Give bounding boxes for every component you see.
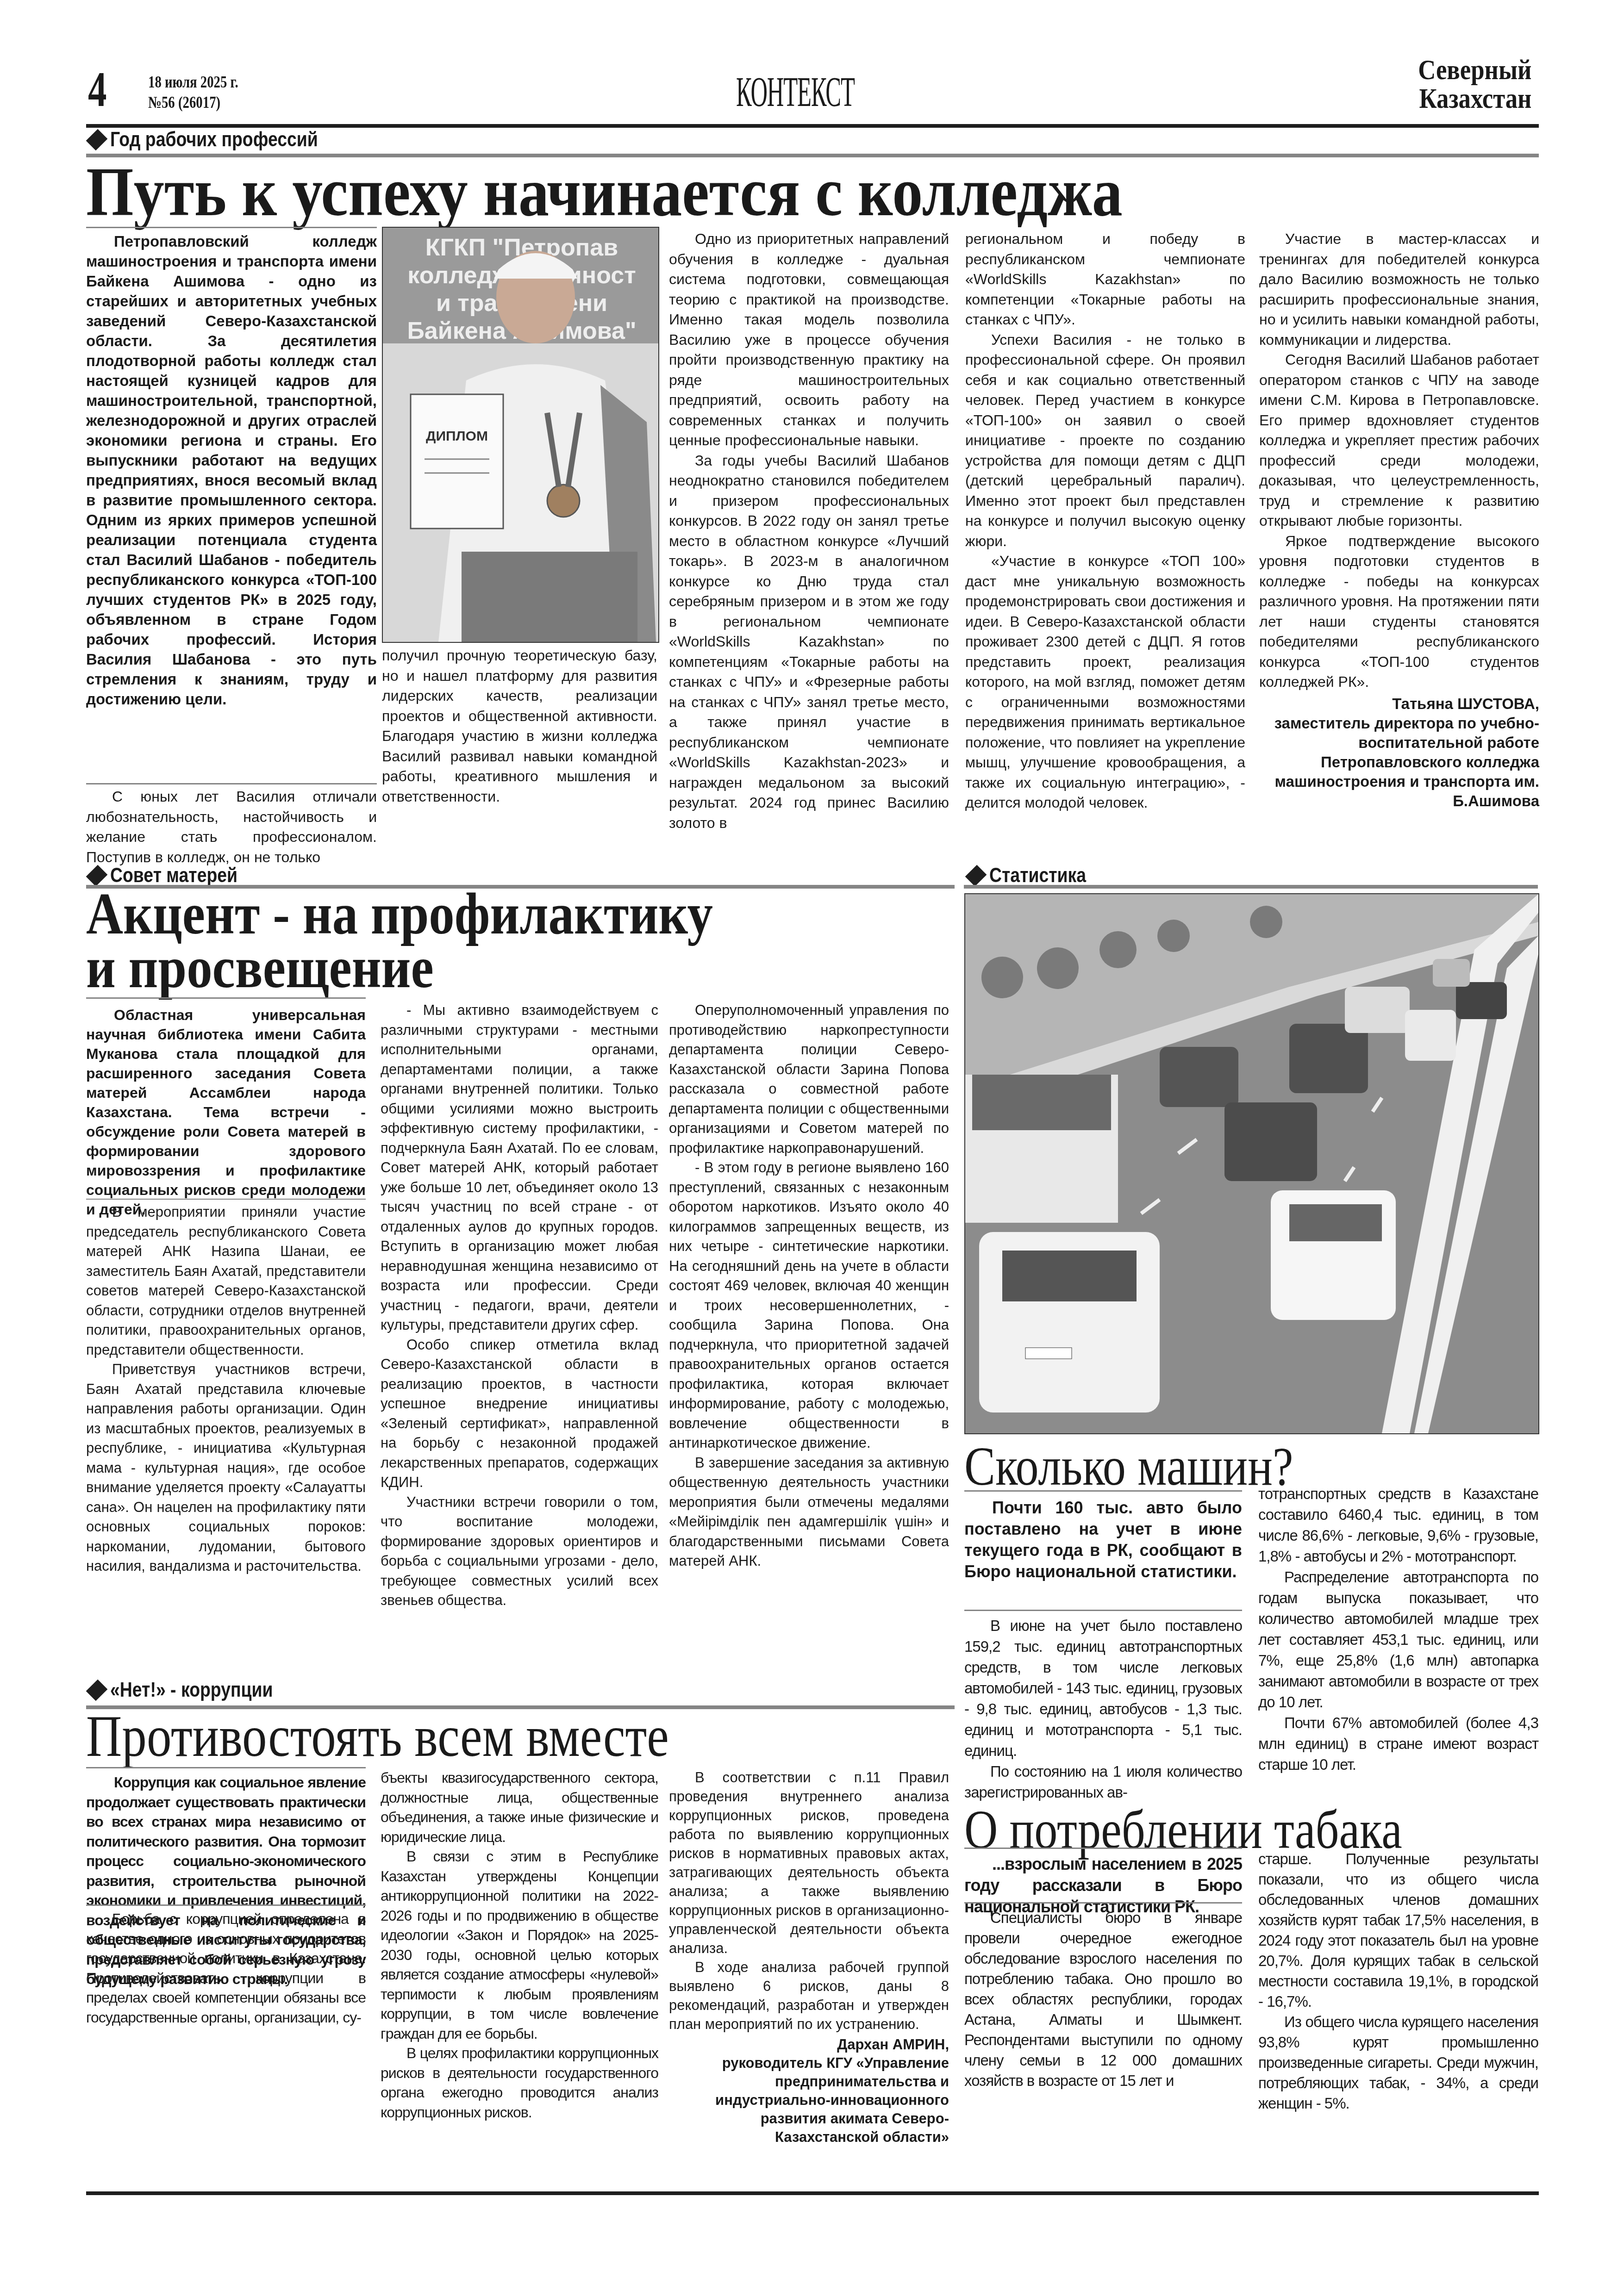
diamond-icon [965, 865, 987, 887]
author-signature: Татьяна ШУСТОВА, заместитель директора п… [1259, 694, 1539, 811]
article-headline: Противостоять всем вместе [86, 1708, 669, 1766]
author-signature: Дархан АМРИН, руководитель КГУ «Управлен… [669, 2035, 949, 2147]
article-column-4: региональном и победу в республиканском … [965, 229, 1245, 813]
author-name: Татьяна ШУСТОВА, [1259, 694, 1539, 714]
footer-rule [86, 2191, 1539, 2195]
lead-rule [86, 1767, 366, 1768]
article-column-1: В июне на учет было поставлено 159,2 тыс… [964, 1615, 1242, 1803]
rubric-working-professions: Год рабочих профессий [86, 130, 355, 150]
masthead-rule [86, 124, 1539, 128]
logo-line-2: Казахстан [1418, 84, 1531, 113]
lead-rule [964, 1902, 1242, 1904]
lead-rule [964, 1848, 1242, 1849]
lead-rule [86, 227, 377, 228]
diamond-icon [86, 1680, 108, 1701]
article-column-3: Оперуполномоченный управления по противо… [669, 1001, 949, 1571]
lead-rule [86, 1199, 366, 1200]
article-column-2: старше. Полученные результаты показали, … [1258, 1849, 1538, 2114]
rubric-statistics: Статистика [965, 865, 1103, 886]
article-column-2: - Мы активно взаимодействуем с различным… [381, 1001, 658, 1611]
student-with-diploma-image: КГКП "Петропав колледж машиност и транс … [383, 228, 658, 642]
author-title: заместитель директора по учебно-воспитат… [1259, 714, 1539, 811]
lead-rule [86, 997, 366, 999]
lead-rule [86, 783, 377, 784]
article-lead: Петропавловский колледж машиностроения и… [86, 231, 377, 709]
student-photo: КГКП "Петропав колледж машиност и транс … [382, 227, 659, 643]
rubric-anti-corruption: «Нет!» - коррупции [86, 1680, 302, 1700]
diamond-icon [86, 129, 108, 151]
page-number: 4 [88, 65, 107, 115]
cars-on-road-image [965, 894, 1538, 1433]
author-title: руководитель КГУ «Управление предпринима… [669, 2054, 949, 2147]
article-column-3: Одно из приоритетных направлений обучени… [669, 229, 949, 833]
traffic-photo [964, 893, 1539, 1434]
article-column-2: тотранспортных средств в Казахстане сост… [1258, 1483, 1538, 1775]
issue-number: №56 (26017) [148, 92, 238, 112]
article-column-1: Борьба с коррупцией определена в качеств… [86, 1909, 366, 2027]
article-column-1: С юных лет Василия отличали любознательн… [86, 787, 377, 867]
article-column-3: В соответствии с п.11 Правил проведения … [669, 1768, 949, 2147]
issue-info: 18 июля 2025 г. №56 (26017) [148, 72, 238, 112]
newspaper-logo: Северный Казахстан [1418, 56, 1531, 113]
article-headline: Акцент - на профилактику и просвещение [86, 888, 713, 995]
article-column-1: Специалисты бюро в январе провели очеред… [964, 1908, 1242, 2091]
rubric-rule [964, 885, 1538, 889]
lead-rule [86, 1904, 366, 1906]
logo-line-1: Северный [1418, 56, 1531, 84]
article-column-1: В мероприятии приняли участие председате… [86, 1202, 366, 1576]
article-lead: Областная универсальная научная библиоте… [86, 1005, 366, 1219]
svg-text:ДИПЛОМ: ДИПЛОМ [426, 429, 488, 444]
author-name: Дархан АМРИН, [669, 2035, 949, 2054]
lead-rule [964, 1490, 1242, 1492]
lead-rule [964, 1610, 1242, 1611]
article-headline: Сколько машин? [964, 1439, 1293, 1494]
article-column-2: бъекты квазигосударственного сектора, до… [381, 1768, 658, 2122]
article-headline: Путь к успеху начинается с колледжа [86, 157, 1123, 227]
issue-date: 18 июля 2025 г. [148, 72, 238, 92]
article-lead: Почти 160 тыс. авто было поставлено на у… [964, 1497, 1242, 1582]
section-title: КОНТЕКСТ [736, 67, 855, 116]
article-column-2: получил прочную теоретическую базу, но и… [382, 646, 657, 807]
article-column-5: Участие в мастер-классах и тренингах для… [1259, 229, 1539, 811]
